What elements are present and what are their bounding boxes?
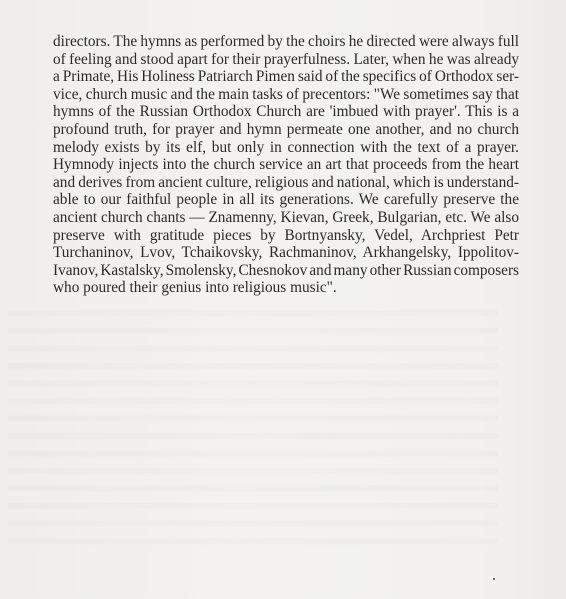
text-line: and derives from ancient culture, religi… <box>53 174 519 192</box>
text-line: vice, church music and the main tasks of… <box>53 86 519 104</box>
text-line: a Primate, His Holiness Patriarch Pimen … <box>53 68 519 86</box>
text-line: preserve with gratitude pieces by Bortny… <box>53 227 519 245</box>
text-line: profound truth, for prayer and hymn perm… <box>53 121 519 139</box>
scanned-page: directors. The hymns as performed by the… <box>0 0 566 599</box>
text-line-last: who poured their genius into religious m… <box>53 279 519 297</box>
text-line: Hymnody injects into the church service … <box>53 156 519 174</box>
text-line: Turchaninov, Lvov, Tchaikovsky, Rachmani… <box>53 244 519 262</box>
text-line: ancient church chants — Znamenny, Kievan… <box>53 209 519 227</box>
text-line: melody exists by its elf, but only in co… <box>53 139 519 157</box>
ink-speck <box>493 578 495 580</box>
text-line: directors. The hymns as performed by the… <box>53 33 519 51</box>
reverse-side-show-through <box>8 300 498 550</box>
text-line: of feeling and stood apart for their pra… <box>53 51 519 69</box>
text-line: Ivanov, Kastalsky, Smolensky, Chesnokov … <box>53 262 519 280</box>
text-line: hymns of the Russian Orthodox Church are… <box>53 103 519 121</box>
text-line: able to our faithful people in all its g… <box>53 191 519 209</box>
body-paragraph: directors. The hymns as performed by the… <box>53 33 519 297</box>
